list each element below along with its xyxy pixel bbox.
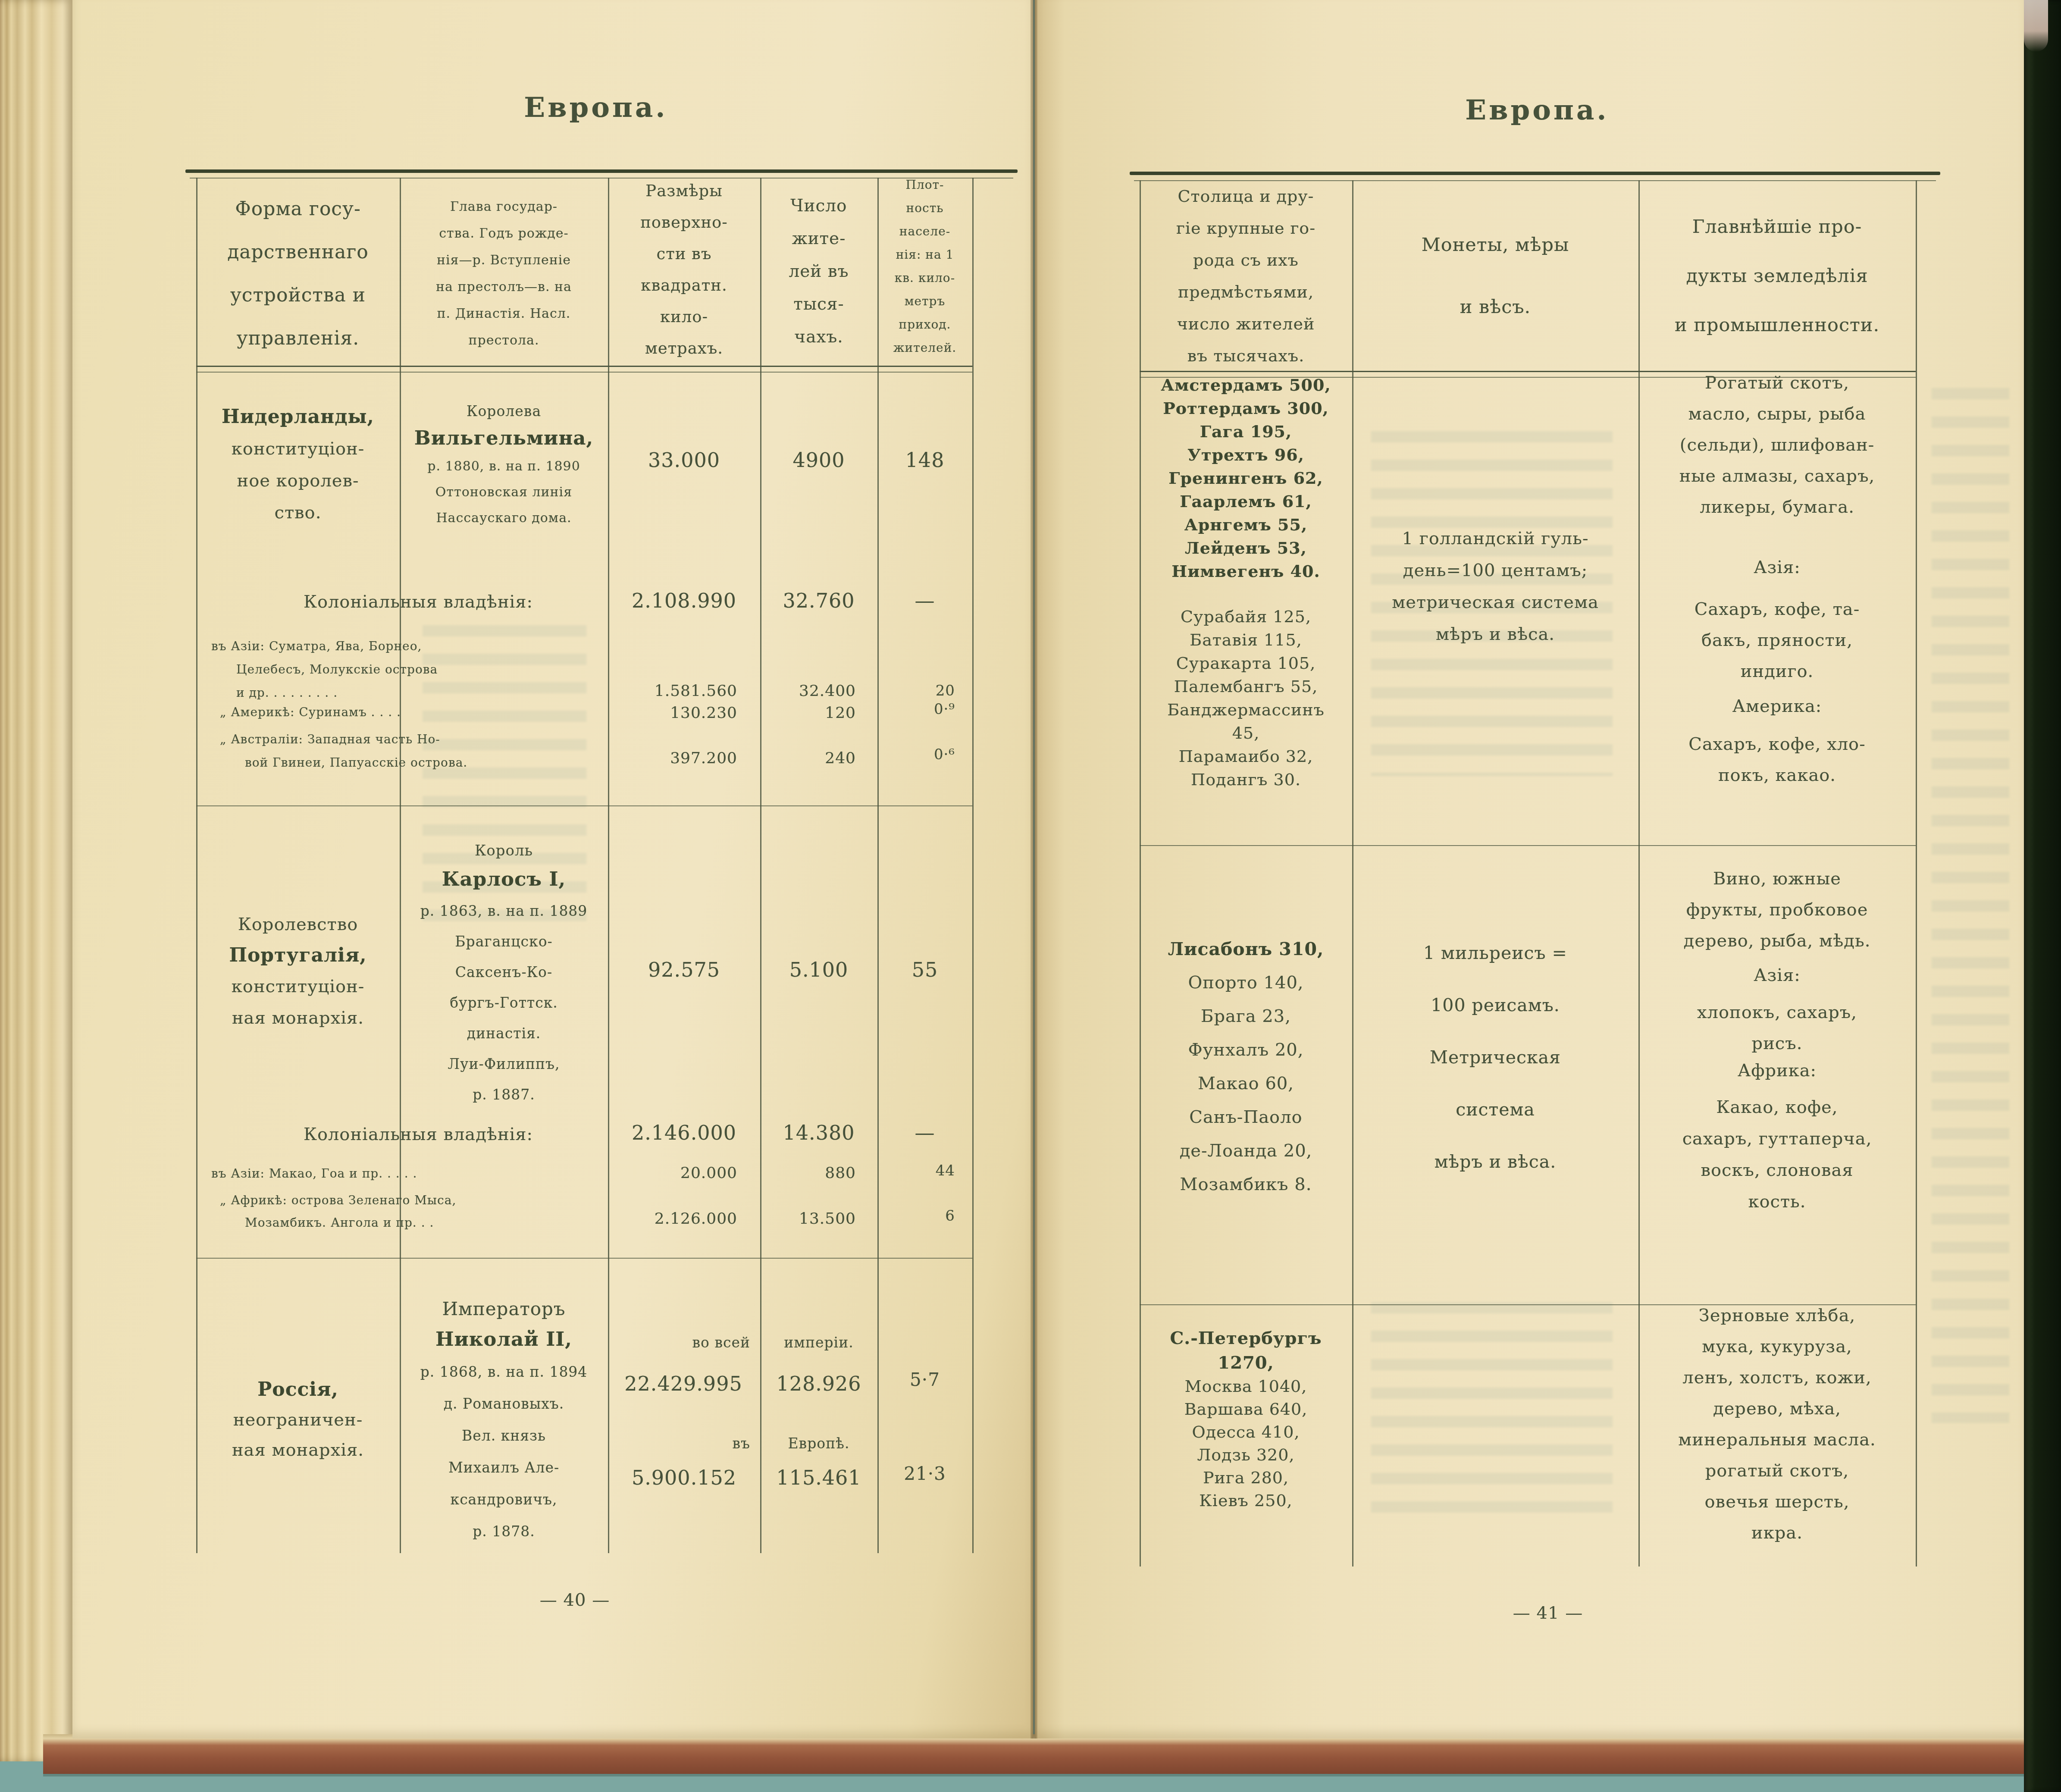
- colony-africa-area-pt: 2.126.000: [608, 1210, 737, 1228]
- right-page-title: Европа.: [1386, 94, 1688, 126]
- cities-netherlands-main: Амстердамъ 500, Роттердамъ 300, Гага 195…: [1140, 373, 1352, 583]
- area-label-europe: въ: [608, 1435, 750, 1452]
- density-russia-empire: 5·7: [877, 1369, 972, 1390]
- coins-netherlands: 1 голландскій гуль- день=100 центамъ; ме…: [1352, 523, 1638, 650]
- products-asia-nl: Сахаръ, кофе, та- бакъ, пряности, индиго…: [1638, 594, 1916, 687]
- colony-africa-pt: „ Африкѣ: острова Зеленаго Мыса, Мозамби…: [220, 1189, 633, 1234]
- population-portugal: 5.100: [760, 958, 877, 981]
- cities-russia: С.-Петербургъ 1270, Москва 1040, Варшава…: [1140, 1326, 1352, 1512]
- state-russia: Россія, неограничен- ная монархія.: [196, 1375, 400, 1465]
- population-russia-europe: 115.461: [760, 1466, 877, 1489]
- header-cell-density: Плот- ность населе- нія: на 1 кв. кило- …: [877, 166, 972, 367]
- header-cell-government-form: Форма госу- дарственнаго устройства и уп…: [196, 181, 400, 367]
- column-rule: [196, 178, 197, 1553]
- products-asia-label-nl: Азія:: [1638, 558, 1916, 577]
- header-cell-cities: Столица и дру- гіе крупные го- рода съ и…: [1140, 185, 1352, 367]
- cities-netherlands-colonial: Сурабайя 125, Батавія 115, Суракарта 105…: [1140, 605, 1352, 791]
- area-netherlands: 33.000: [608, 448, 760, 472]
- density-netherlands: 148: [877, 448, 972, 472]
- colonial-pop-pt: 14.380: [760, 1121, 877, 1144]
- header-cell-coins: Монеты, мѣры и вѣсъ.: [1352, 185, 1638, 367]
- products-america-nl: Сахаръ, кофе, хло- покъ, какао.: [1638, 729, 1916, 791]
- population-russia-empire: 128.926: [760, 1372, 877, 1395]
- products-asia-pt: хлопокъ, сахаръ, рисъ.: [1638, 997, 1916, 1059]
- show-through: [1932, 388, 2009, 1423]
- state-netherlands: Нидерланды, конституціон- ное королев- с…: [196, 401, 400, 529]
- colony-america-pop-nl: 120: [760, 704, 856, 722]
- products-portugal: Вино, южные фрукты, пробковое дерево, ры…: [1638, 863, 1916, 956]
- column-rule: [1916, 180, 1917, 1566]
- colony-africa-pop-pt: 13.500: [760, 1210, 856, 1228]
- cities-portugal: Лисабонъ 310, Опорто 140, Брага 23, Фунх…: [1140, 932, 1352, 1201]
- book-cover-edge: [2024, 0, 2061, 1792]
- page-stack-edge: [0, 0, 72, 1761]
- header-cell-population: Число жите- лей въ тыся- чахъ.: [760, 177, 877, 367]
- density-russia-europe: 21·3: [877, 1463, 972, 1484]
- population-netherlands: 4900: [760, 448, 877, 472]
- colony-asia-density-nl: 20: [877, 682, 955, 699]
- ruler-russia: Императоръ Николай II, р. 1868, в. на п.…: [400, 1296, 608, 1548]
- products-africa-label-pt: Африка:: [1638, 1061, 1916, 1081]
- products-russia: Зерновые хлѣба, мука, кукуруза, ленъ, хо…: [1638, 1300, 1916, 1548]
- colony-asia-area-pt: 20.000: [608, 1164, 737, 1182]
- colonial-pop-nl: 32.760: [760, 589, 877, 612]
- colony-america-density-nl: 0·⁹: [877, 701, 955, 718]
- colony-australia-density-nl: 0·⁶: [877, 746, 955, 763]
- colonial-area-pt: 2.146.000: [608, 1121, 760, 1144]
- row-divider: [196, 805, 972, 806]
- book-gutter: [1030, 0, 1037, 1739]
- colony-america-nl: „ Америкѣ: Суринамъ . . . .: [220, 705, 608, 719]
- column-rule: [877, 178, 879, 1553]
- column-rule: [972, 178, 974, 1553]
- state-type: конституціон- ное королев- ство.: [196, 433, 400, 529]
- show-through: [1371, 1302, 1613, 1526]
- area-russia-europe: 5.900.152: [608, 1466, 760, 1489]
- pop-label-europe: Европѣ.: [760, 1435, 877, 1452]
- left-page-title: Европа.: [445, 91, 747, 124]
- colony-asia-density-pt: 44: [877, 1162, 955, 1179]
- colonial-area-nl: 2.108.990: [608, 589, 760, 612]
- state-portugal: Королевство Португалія, конституціон- на…: [196, 909, 400, 1034]
- area-label-empire: во всей: [608, 1334, 750, 1351]
- book-board-edge: [43, 1734, 2027, 1774]
- ruler-netherlands: Королева Вильгельмина, р. 1880, в. на п.…: [400, 400, 608, 531]
- header-rule: [196, 372, 972, 373]
- colonial-density-pt: —: [877, 1121, 972, 1144]
- area-portugal: 92.575: [608, 958, 760, 981]
- products-netherlands: Рогатый скотъ, масло, сыры, рыба (сельди…: [1638, 367, 1916, 523]
- products-africa-pt: Какао, кофе, сахаръ, гуттаперча, воскъ, …: [1638, 1092, 1916, 1218]
- ruler-portugal: Король Карлосъ I, р. 1863, в. на п. 1889…: [400, 839, 608, 1110]
- colony-asia-area-nl: 1.581.560: [608, 682, 737, 700]
- colony-asia-nl: въ Азіи: Суматра, Ява, Борнео, Целебесъ,…: [211, 635, 624, 705]
- area-russia-empire: 22.429.995: [604, 1372, 763, 1395]
- colony-africa-density-pt: 6: [877, 1207, 955, 1225]
- colony-australia-nl: „ Австраліи: Западная часть Но- вой Гвин…: [220, 728, 633, 774]
- pop-label-empire: имперіи.: [760, 1334, 877, 1351]
- colony-australia-area-nl: 397.200: [608, 749, 737, 767]
- colony-asia-pt: въ Азіи: Макао, Гоа и пр. . . . .: [211, 1166, 599, 1181]
- left-page-number: — 40 —: [489, 1590, 661, 1610]
- products-asia-label-pt: Азія:: [1638, 965, 1916, 985]
- state-name: Нидерланды,: [196, 401, 400, 433]
- colony-australia-pop-nl: 240: [760, 749, 856, 767]
- colonial-label-nl: Колоніальныя владѣнія:: [229, 592, 608, 612]
- book-scan: Европа. Форма госу- дарственнаго устройс…: [0, 0, 2061, 1792]
- colony-america-area-nl: 130.230: [608, 704, 737, 722]
- column-rule: [1352, 180, 1353, 1566]
- coins-portugal: 1 мильреисъ = 100 реисамъ. Метрическая с…: [1352, 927, 1638, 1188]
- page-corner-curl: [2024, 0, 2048, 52]
- colony-asia-pop-nl: 32.400: [760, 682, 856, 700]
- colonial-density-nl: —: [877, 589, 972, 612]
- row-divider: [196, 1258, 972, 1259]
- row-divider: [1140, 845, 1916, 846]
- header-cell-area: Размѣры поверхно- сти въ квадратн. кило-…: [608, 172, 760, 367]
- density-portugal: 55: [877, 958, 972, 981]
- right-page-number: — 41 —: [1462, 1603, 1634, 1623]
- table-rule-top: [1130, 172, 1940, 175]
- header-cell-products: Главнѣйшіе про- дукты земледѣлія и промы…: [1638, 185, 1916, 367]
- products-america-label-nl: Америка:: [1638, 696, 1916, 716]
- header-cell-head-of-state: Глава государ- ства. Годъ рожде- нія—р. …: [400, 181, 608, 367]
- colonial-label-pt: Колоніальныя владѣнія:: [229, 1125, 608, 1144]
- colony-asia-pop-pt: 880: [760, 1164, 856, 1182]
